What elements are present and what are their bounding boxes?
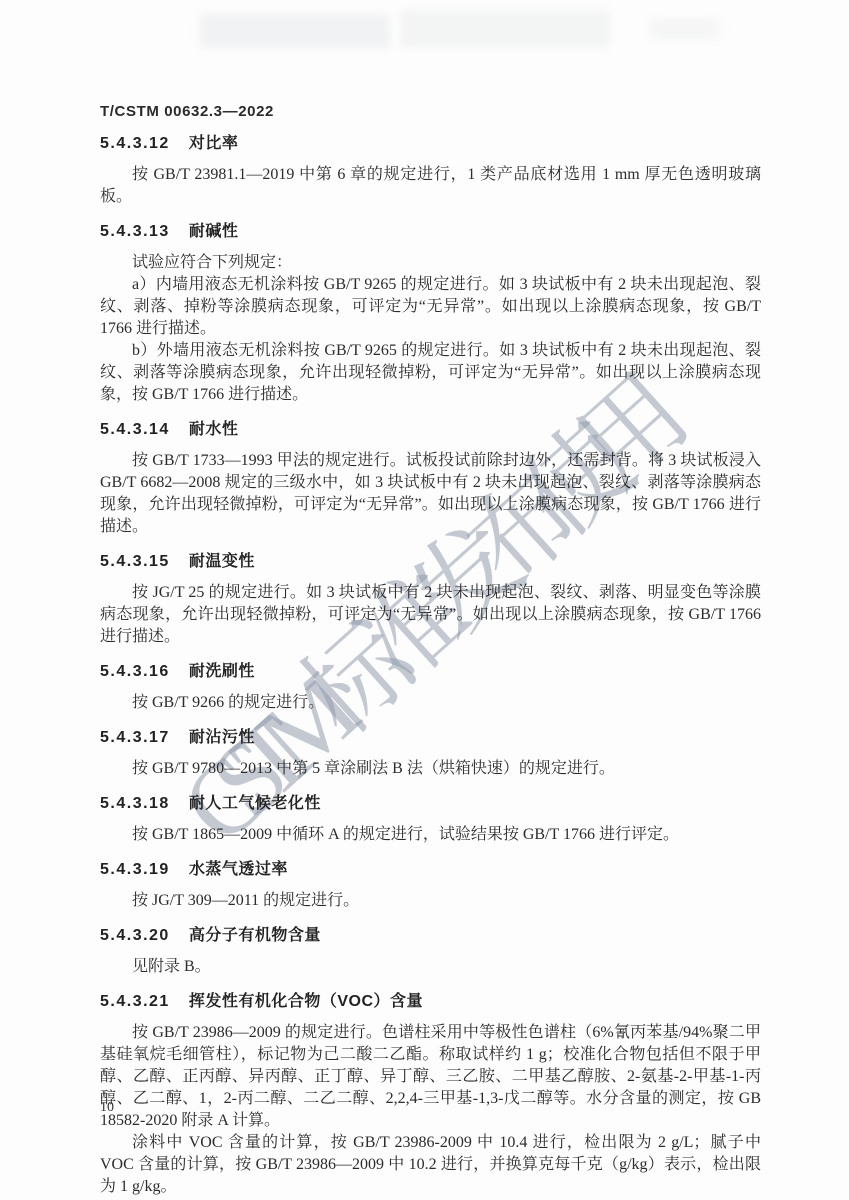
section-number: 5.4.3.19 [100, 859, 170, 881]
paragraph: 按 GB/T 23981.1—2019 中第 6 章的规定进行，1 类产品底材选… [100, 164, 761, 208]
paragraph: 按 GB/T 1733—1993 甲法的规定进行。试板投试前除封边外，还需封背。… [100, 450, 761, 538]
section-heading: 5.4.3.20 高分子有机物含量 [100, 925, 761, 947]
section-number: 5.4.3.21 [100, 991, 170, 1013]
section-heading: 5.4.3.13 耐碱性 [100, 221, 761, 243]
section: 5.4.3.18 耐人工气候老化性 按 GB/T 1865—2009 中循环 A… [100, 793, 761, 846]
document-sections: 5.4.3.12 对比率 按 GB/T 23981.1—2019 中第 6 章的… [100, 133, 761, 1198]
section-title: 对比率 [189, 133, 239, 155]
section-number: 5.4.3.13 [100, 221, 170, 243]
section-heading: 5.4.3.12 对比率 [100, 133, 761, 155]
section-title: 耐洗刷性 [189, 661, 255, 683]
document-body: T/CSTM 00632.3—2022 5.4.3.12 对比率 按 GB/T … [100, 103, 761, 1198]
section-title: 耐碱性 [189, 221, 239, 243]
section-title: 耐温变性 [189, 551, 255, 573]
section-heading: 5.4.3.19 水蒸气透过率 [100, 859, 761, 881]
section-number: 5.4.3.17 [100, 727, 170, 749]
section: 5.4.3.13 耐碱性 试验应符合下列规定：a）内墙用液态无机涂料按 GB/T… [100, 221, 761, 406]
paragraph: 按 GB/T 9780—2013 中第 5 章涂刷法 B 法（烘箱快速）的规定进… [100, 758, 761, 780]
section: 5.4.3.19 水蒸气透过率 按 JG/T 309—2011 的规定进行。 [100, 859, 761, 912]
section-title: 高分子有机物含量 [189, 925, 321, 947]
section: 5.4.3.21 挥发性有机化合物（VOC）含量 按 GB/T 23986—20… [100, 991, 761, 1198]
section-heading: 5.4.3.16 耐洗刷性 [100, 661, 761, 683]
document-page: CSTM标准发布使用 T/CSTM 00632.3—2022 5.4.3.12 … [0, 0, 849, 1200]
section: 5.4.3.20 高分子有机物含量 见附录 B。 [100, 925, 761, 978]
scan-artifact [200, 14, 390, 48]
section-title: 挥发性有机化合物（VOC）含量 [189, 991, 423, 1013]
section-number: 5.4.3.14 [100, 419, 170, 441]
paragraph: 见附录 B。 [100, 956, 761, 978]
paragraph: 按 GB/T 23986—2009 的规定进行。色谱柱采用中等极性色谱柱（6%氰… [100, 1022, 761, 1132]
section-number: 5.4.3.15 [100, 551, 170, 573]
section-number: 5.4.3.16 [100, 661, 170, 683]
paragraph: 按 GB/T 9266 的规定进行。 [100, 692, 761, 714]
scan-artifact [650, 18, 720, 40]
section-title: 耐沾污性 [189, 727, 255, 749]
section: 5.4.3.17 耐沾污性 按 GB/T 9780—2013 中第 5 章涂刷法… [100, 727, 761, 780]
section-heading: 5.4.3.15 耐温变性 [100, 551, 761, 573]
paragraph: 按 JG/T 309—2011 的规定进行。 [100, 890, 761, 912]
section: 5.4.3.15 耐温变性 按 JG/T 25 的规定进行。如 3 块试板中有 … [100, 551, 761, 648]
paragraph: 按 GB/T 1865—2009 中循环 A 的规定进行，试验结果按 GB/T … [100, 824, 761, 846]
section: 5.4.3.12 对比率 按 GB/T 23981.1—2019 中第 6 章的… [100, 133, 761, 208]
section-title: 水蒸气透过率 [189, 859, 288, 881]
page-number: 10 [100, 1100, 114, 1116]
paragraph: a）内墙用液态无机涂料按 GB/T 9265 的规定进行。如 3 块试板中有 2… [100, 274, 761, 340]
section: 5.4.3.16 耐洗刷性 按 GB/T 9266 的规定进行。 [100, 661, 761, 714]
section-heading: 5.4.3.21 挥发性有机化合物（VOC）含量 [100, 991, 761, 1013]
section-number: 5.4.3.18 [100, 793, 170, 815]
section-title: 耐人工气候老化性 [189, 793, 321, 815]
standard-number-header: T/CSTM 00632.3—2022 [100, 103, 761, 120]
section-number: 5.4.3.12 [100, 133, 170, 155]
paragraph: 按 JG/T 25 的规定进行。如 3 块试板中有 2 块未出现起泡、裂纹、剥落… [100, 582, 761, 648]
section-heading: 5.4.3.17 耐沾污性 [100, 727, 761, 749]
paragraph: 涂料中 VOC 含量的计算，按 GB/T 23986-2009 中 10.4 进… [100, 1132, 761, 1198]
section-heading: 5.4.3.14 耐水性 [100, 419, 761, 441]
section-heading: 5.4.3.18 耐人工气候老化性 [100, 793, 761, 815]
section-number: 5.4.3.20 [100, 925, 170, 947]
section-title: 耐水性 [189, 419, 239, 441]
paragraph: b）外墙用液态无机涂料按 GB/T 9265 的规定进行。如 3 块试板中有 2… [100, 340, 761, 406]
section: 5.4.3.14 耐水性 按 GB/T 1733—1993 甲法的规定进行。试板… [100, 419, 761, 538]
paragraph: 试验应符合下列规定： [100, 252, 761, 274]
scan-artifact [400, 10, 610, 48]
